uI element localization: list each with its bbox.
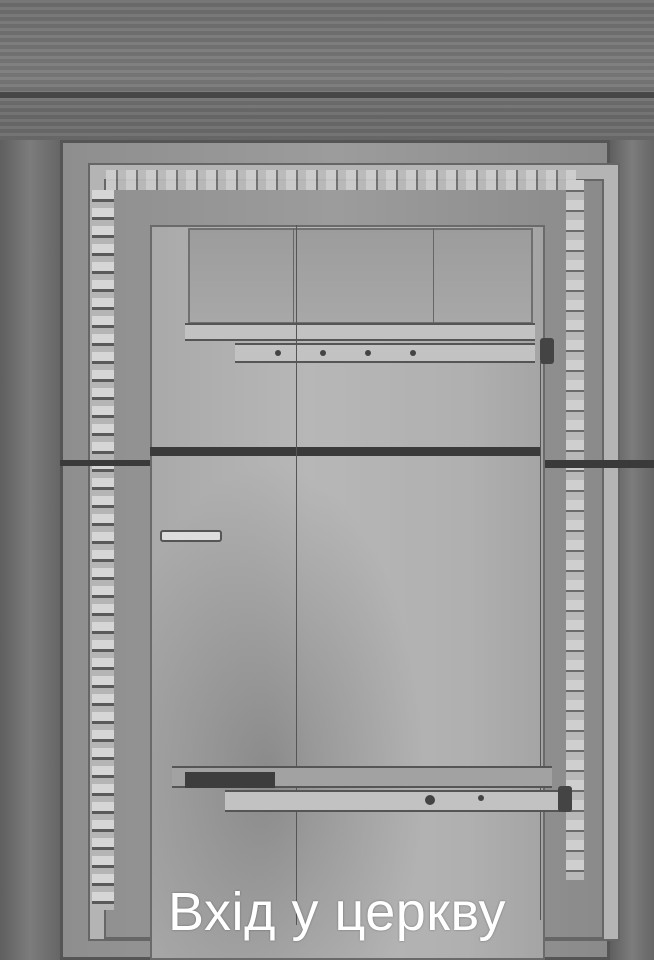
caption: Вхід у церкву <box>0 885 654 939</box>
carved-ornament-right <box>566 180 584 880</box>
left-wall-logs <box>0 140 60 960</box>
log-seam <box>545 460 654 468</box>
bottom-rail-shadow <box>185 772 275 788</box>
rivet <box>275 350 281 356</box>
log-seam <box>60 460 150 466</box>
caption-text: Вхід у церкву <box>168 882 506 942</box>
rivet <box>478 795 484 801</box>
rivet <box>365 350 371 356</box>
top-hinge <box>540 338 554 364</box>
bottom-hinge <box>558 786 572 812</box>
rivet <box>425 795 435 805</box>
log-seam <box>0 92 654 98</box>
carved-ornament-top <box>106 170 576 190</box>
rivet <box>320 350 326 356</box>
bottom-iron-strap <box>225 792 560 810</box>
photograph: Вхід у церкву <box>0 0 654 960</box>
door-top-panel <box>188 228 533 324</box>
panel-board-line <box>433 228 434 324</box>
door-latch <box>160 530 222 542</box>
carved-ornament-left <box>92 190 114 910</box>
panel-board-line <box>293 228 294 324</box>
top-rail <box>185 325 535 339</box>
door-board-line <box>540 360 541 920</box>
rivet <box>410 350 416 356</box>
log-seam-behind-door <box>150 447 540 456</box>
door-board-line <box>296 225 297 925</box>
